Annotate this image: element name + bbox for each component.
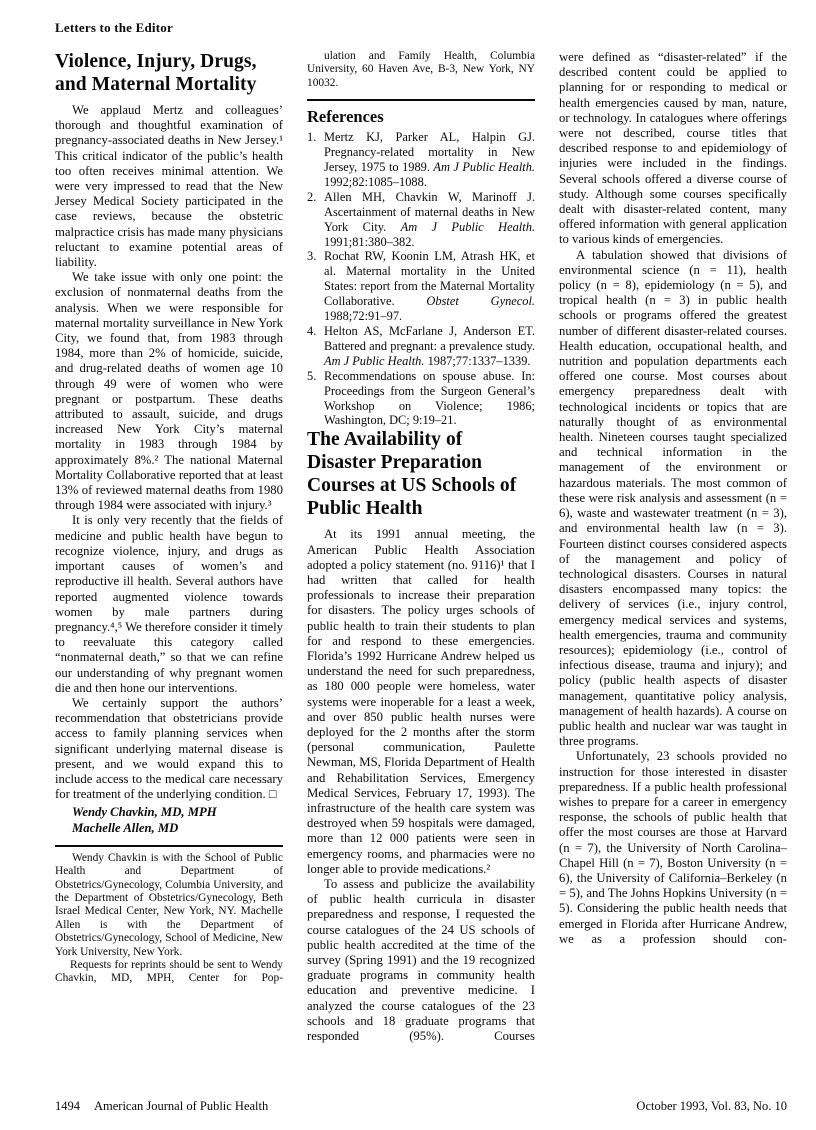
reference-number: 2. [307, 190, 324, 250]
running-head: Letters to the Editor [55, 20, 173, 36]
reference-text: Recommendations on spouse abuse. In: Pro… [324, 369, 535, 429]
letter1-title: Violence, Injury, Drugs, and Maternal Mo… [55, 50, 283, 96]
letter2-paragraph: Unfortunately, 23 schools provided no in… [559, 749, 787, 947]
reference-text: Helton AS, McFarlane J, Anderson ET. Bat… [324, 324, 535, 369]
references-divider [307, 99, 535, 101]
column-layout: Violence, Injury, Drugs, and Maternal Mo… [55, 50, 787, 1080]
reference-number: 3. [307, 249, 324, 324]
letter2-paragraph: A tabulation showed that divisions of en… [559, 248, 787, 750]
footnote-divider [55, 845, 283, 847]
signature-block: Wendy Chavkin, MD, MPH Machelle Allen, M… [55, 805, 283, 835]
reference-text: Allen MH, Chavkin W, Marinoff J. Ascerta… [324, 190, 535, 250]
journal-title: Obstet Gynecol. [426, 294, 535, 308]
journal-title: Am J Public Health. [433, 160, 535, 174]
reference-text: Rochat RW, Koonin LM, Atrash HK, et al. … [324, 249, 535, 324]
column-1: Violence, Injury, Drugs, and Maternal Mo… [55, 50, 283, 1080]
letter2-paragraph-continued: were defined as “disaster-related” if th… [559, 50, 787, 248]
column-3: were defined as “disaster-related” if th… [559, 50, 787, 1080]
reprints-text: Requests for reprints should be sent to … [55, 959, 283, 986]
letter1-paragraph: We applaud Mertz and colleagues’ thoroug… [55, 103, 283, 270]
column-2: ulation and Family Health, Columbia Univ… [307, 50, 535, 1080]
reference-number: 4. [307, 324, 324, 369]
reference-item: 3. Rochat RW, Koonin LM, Atrash HK, et a… [307, 249, 535, 324]
reference-item: 2. Allen MH, Chavkin W, Marinoff J. Asce… [307, 190, 535, 250]
journal-page: Letters to the Editor Violence, Injury, … [0, 0, 816, 1130]
affiliation-footnote: Wendy Chavkin is with the School of Publ… [55, 852, 283, 986]
letter2-paragraph: At its 1991 annual meeting, the American… [307, 527, 535, 877]
issue-info: October 1993, Vol. 83, No. 10 [636, 1099, 787, 1114]
reference-item: 1. Mertz KJ, Parker AL, Halpin GJ. Pregn… [307, 130, 535, 190]
references-heading: References [307, 107, 535, 127]
journal-title: Am J Public Health. [324, 354, 424, 368]
reference-item: 4. Helton AS, McFarlane J, Anderson ET. … [307, 324, 535, 369]
affiliation-text: Wendy Chavkin is with the School of Publ… [55, 852, 283, 959]
reference-item: 5. Recommendations on spouse abuse. In: … [307, 369, 535, 429]
page-number: 1494 [55, 1099, 80, 1113]
journal-name: American Journal of Public Health [94, 1099, 268, 1113]
letter2-paragraph: To assess and publicize the availability… [307, 877, 535, 1044]
reference-number: 5. [307, 369, 324, 429]
journal-title: Am J Public Health. [401, 220, 535, 234]
letter1-paragraph: We certainly support the authors’ recomm… [55, 696, 283, 802]
references-list: 1. Mertz KJ, Parker AL, Halpin GJ. Pregn… [307, 130, 535, 428]
letter1-paragraph: We take issue with only one point: the e… [55, 270, 283, 513]
reference-text: Mertz KJ, Parker AL, Halpin GJ. Pregnanc… [324, 130, 535, 190]
signature: Machelle Allen, MD [55, 821, 283, 836]
page-footer: 1494American Journal of Public Health Oc… [55, 1099, 787, 1114]
letter2-title: The Availability of Disaster Preparation… [307, 428, 535, 520]
signature: Wendy Chavkin, MD, MPH [55, 805, 283, 820]
letter1-paragraph: It is only very recently that the fields… [55, 513, 283, 695]
footer-left: 1494American Journal of Public Health [55, 1099, 268, 1114]
reprints-text-continued: ulation and Family Health, Columbia Univ… [307, 50, 535, 90]
reference-number: 1. [307, 130, 324, 190]
affiliation-footnote-continued: ulation and Family Health, Columbia Univ… [307, 50, 535, 90]
